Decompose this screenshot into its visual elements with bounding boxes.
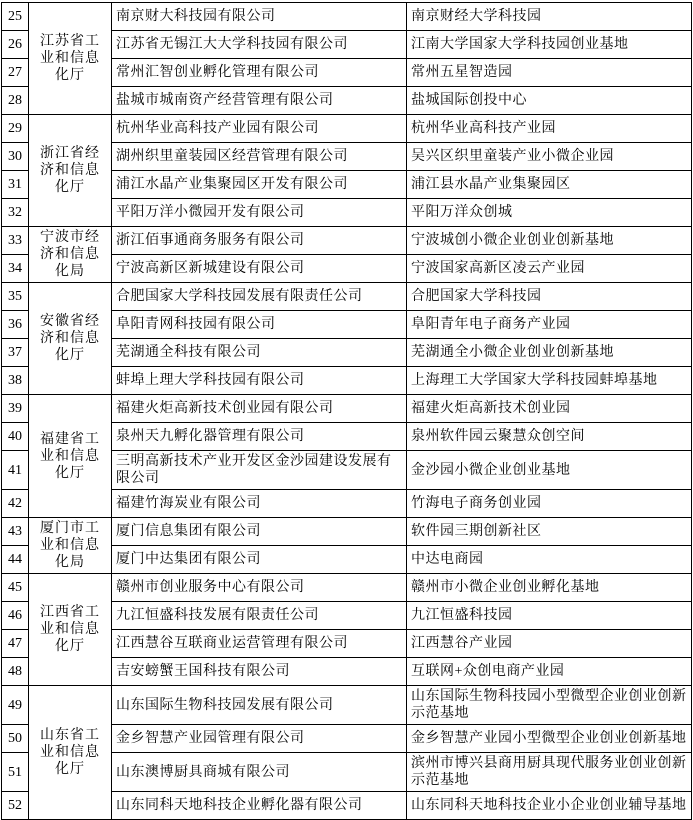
company-cell: 蚌埠上理大学科技园有限公司 — [112, 367, 407, 395]
park-cell: 九江恒盛科技园 — [407, 602, 692, 630]
row-number: 28 — [2, 87, 29, 115]
company-cell: 盐城市城南资产经营管理有限公司 — [112, 87, 407, 115]
park-cell: 赣州市小微企业创业孵化基地 — [407, 574, 692, 602]
table-row: 45江西省工业和信息化厅赣州市创业服务中心有限公司赣州市小微企业创业孵化基地 — [2, 574, 692, 602]
park-cell: 宁波国家高新区凌云产业园 — [407, 255, 692, 283]
company-cell: 山东同科天地科技企业孵化器有限公司 — [112, 792, 407, 820]
company-cell: 阜阳青网科技园有限公司 — [112, 311, 407, 339]
row-number: 37 — [2, 339, 29, 367]
company-cell: 湖州织里童装园区经营管理有限公司 — [112, 143, 407, 171]
company-cell: 浙江佰事通商务服务有限公司 — [112, 227, 407, 255]
company-cell: 山东国际生物科技园发展有限公司 — [112, 686, 407, 725]
company-cell: 南京财大科技园有限公司 — [112, 3, 407, 31]
park-cell: 吴兴区织里童装产业小微企业园 — [407, 143, 692, 171]
park-cell: 杭州华业高科技产业园 — [407, 115, 692, 143]
department-cell: 浙江省经济和信息化厅 — [29, 115, 112, 227]
row-number: 26 — [2, 31, 29, 59]
company-cell: 合肥国家大学科技园发展有限责任公司 — [112, 283, 407, 311]
row-number: 32 — [2, 199, 29, 227]
row-number: 35 — [2, 283, 29, 311]
row-number: 38 — [2, 367, 29, 395]
park-cell: 平阳万洋众创城 — [407, 199, 692, 227]
company-cell: 福建竹海炭业有限公司 — [112, 490, 407, 518]
row-number: 25 — [2, 3, 29, 31]
row-number: 33 — [2, 227, 29, 255]
table-body: 25江苏省工业和信息化厅南京财大科技园有限公司南京财经大学科技园26江苏省无锡江… — [2, 3, 692, 820]
row-number: 50 — [2, 725, 29, 753]
row-number: 45 — [2, 574, 29, 602]
park-cell: 竹海电子商务创业园 — [407, 490, 692, 518]
company-cell: 泉州天九孵化器管理有限公司 — [112, 423, 407, 451]
table-row: 35安徽省经济和信息化厅合肥国家大学科技园发展有限责任公司合肥国家大学科技园 — [2, 283, 692, 311]
company-cell: 宁波高新区新城建设有限公司 — [112, 255, 407, 283]
row-number: 43 — [2, 518, 29, 546]
park-cell: 宁波城创小微企业创业创新基地 — [407, 227, 692, 255]
company-cell: 厦门中达集团有限公司 — [112, 546, 407, 574]
table-row: 33宁波市经济和信息化局浙江佰事通商务服务有限公司宁波城创小微企业创业创新基地 — [2, 227, 692, 255]
department-cell: 安徽省经济和信息化厅 — [29, 283, 112, 395]
row-number: 41 — [2, 451, 29, 490]
row-number: 30 — [2, 143, 29, 171]
company-cell: 厦门信息集团有限公司 — [112, 518, 407, 546]
park-cell: 南京财经大学科技园 — [407, 3, 692, 31]
department-cell: 山东省工业和信息化厅 — [29, 686, 112, 820]
table-row: 43厦门市工业和信息化局厦门信息集团有限公司软件园三期创新社区 — [2, 518, 692, 546]
row-number: 48 — [2, 658, 29, 686]
company-cell: 福建火炬高新技术创业园有限公司 — [112, 395, 407, 423]
park-cell: 江南大学国家大学科技园创业基地 — [407, 31, 692, 59]
department-cell: 厦门市工业和信息化局 — [29, 518, 112, 574]
department-cell: 福建省工业和信息化厅 — [29, 395, 112, 518]
park-cell: 中达电商园 — [407, 546, 692, 574]
department-cell: 江苏省工业和信息化厅 — [29, 3, 112, 115]
table-row: 39福建省工业和信息化厅福建火炬高新技术创业园有限公司福建火炬高新技术创业园 — [2, 395, 692, 423]
row-number: 44 — [2, 546, 29, 574]
department-cell: 宁波市经济和信息化局 — [29, 227, 112, 283]
company-cell: 芜湖通全科技有限公司 — [112, 339, 407, 367]
park-cell: 合肥国家大学科技园 — [407, 283, 692, 311]
row-number: 51 — [2, 753, 29, 792]
row-number: 36 — [2, 311, 29, 339]
table-row: 29浙江省经济和信息化厅杭州华业高科技产业园有限公司杭州华业高科技产业园 — [2, 115, 692, 143]
park-cell: 山东国际生物科技园小型微型企业创业创新示范基地 — [407, 686, 692, 725]
company-cell: 赣州市创业服务中心有限公司 — [112, 574, 407, 602]
document-page: 25江苏省工业和信息化厅南京财大科技园有限公司南京财经大学科技园26江苏省无锡江… — [0, 2, 693, 820]
row-number: 42 — [2, 490, 29, 518]
park-cell: 常州五星智造园 — [407, 59, 692, 87]
row-number: 34 — [2, 255, 29, 283]
company-cell: 杭州华业高科技产业园有限公司 — [112, 115, 407, 143]
park-cell: 泉州软件园云聚慧众创空间 — [407, 423, 692, 451]
park-cell: 上海理工大学国家大学科技园蚌埠基地 — [407, 367, 692, 395]
company-cell: 吉安螃蟹王国科技有限公司 — [112, 658, 407, 686]
park-cell: 山东同科天地科技企业小企业创业辅导基地 — [407, 792, 692, 820]
row-number: 52 — [2, 792, 29, 820]
row-number: 46 — [2, 602, 29, 630]
row-number: 39 — [2, 395, 29, 423]
park-cell: 福建火炬高新技术创业园 — [407, 395, 692, 423]
park-cell: 金乡智慧产业园小型微型企业创业创新基地 — [407, 725, 692, 753]
row-number: 49 — [2, 686, 29, 725]
row-number: 27 — [2, 59, 29, 87]
company-cell: 江苏省无锡江大大学科技园有限公司 — [112, 31, 407, 59]
company-cell: 平阳万洋小微园开发有限公司 — [112, 199, 407, 227]
park-cell: 盐城国际创投中心 — [407, 87, 692, 115]
company-cell: 九江恒盛科技发展有限责任公司 — [112, 602, 407, 630]
row-number: 31 — [2, 171, 29, 199]
park-cell: 金沙园小微企业创业基地 — [407, 451, 692, 490]
row-number: 29 — [2, 115, 29, 143]
park-cell: 软件园三期创新社区 — [407, 518, 692, 546]
company-park-table: 25江苏省工业和信息化厅南京财大科技园有限公司南京财经大学科技园26江苏省无锡江… — [1, 2, 692, 820]
row-number: 40 — [2, 423, 29, 451]
park-cell: 浦江县水晶产业集聚园区 — [407, 171, 692, 199]
company-cell: 浦江水晶产业集聚园区开发有限公司 — [112, 171, 407, 199]
park-cell: 江西慧谷产业园 — [407, 630, 692, 658]
table-row: 25江苏省工业和信息化厅南京财大科技园有限公司南京财经大学科技园 — [2, 3, 692, 31]
park-cell: 滨州市博兴县商用厨具现代服务业创业创新示范基地 — [407, 753, 692, 792]
table-row: 49山东省工业和信息化厅山东国际生物科技园发展有限公司山东国际生物科技园小型微型… — [2, 686, 692, 725]
company-cell: 常州汇智创业孵化管理有限公司 — [112, 59, 407, 87]
row-number: 47 — [2, 630, 29, 658]
park-cell: 阜阳青年电子商务产业园 — [407, 311, 692, 339]
company-cell: 江西慧谷互联商业运营管理有限公司 — [112, 630, 407, 658]
park-cell: 芜湖通全小微企业创业创新基地 — [407, 339, 692, 367]
company-cell: 三明高新技术产业开发区金沙园建设发展有限公司 — [112, 451, 407, 490]
company-cell: 金乡智慧产业园管理有限公司 — [112, 725, 407, 753]
park-cell: 互联网+众创电商产业园 — [407, 658, 692, 686]
company-cell: 山东澳博厨具商城有限公司 — [112, 753, 407, 792]
department-cell: 江西省工业和信息化厅 — [29, 574, 112, 686]
